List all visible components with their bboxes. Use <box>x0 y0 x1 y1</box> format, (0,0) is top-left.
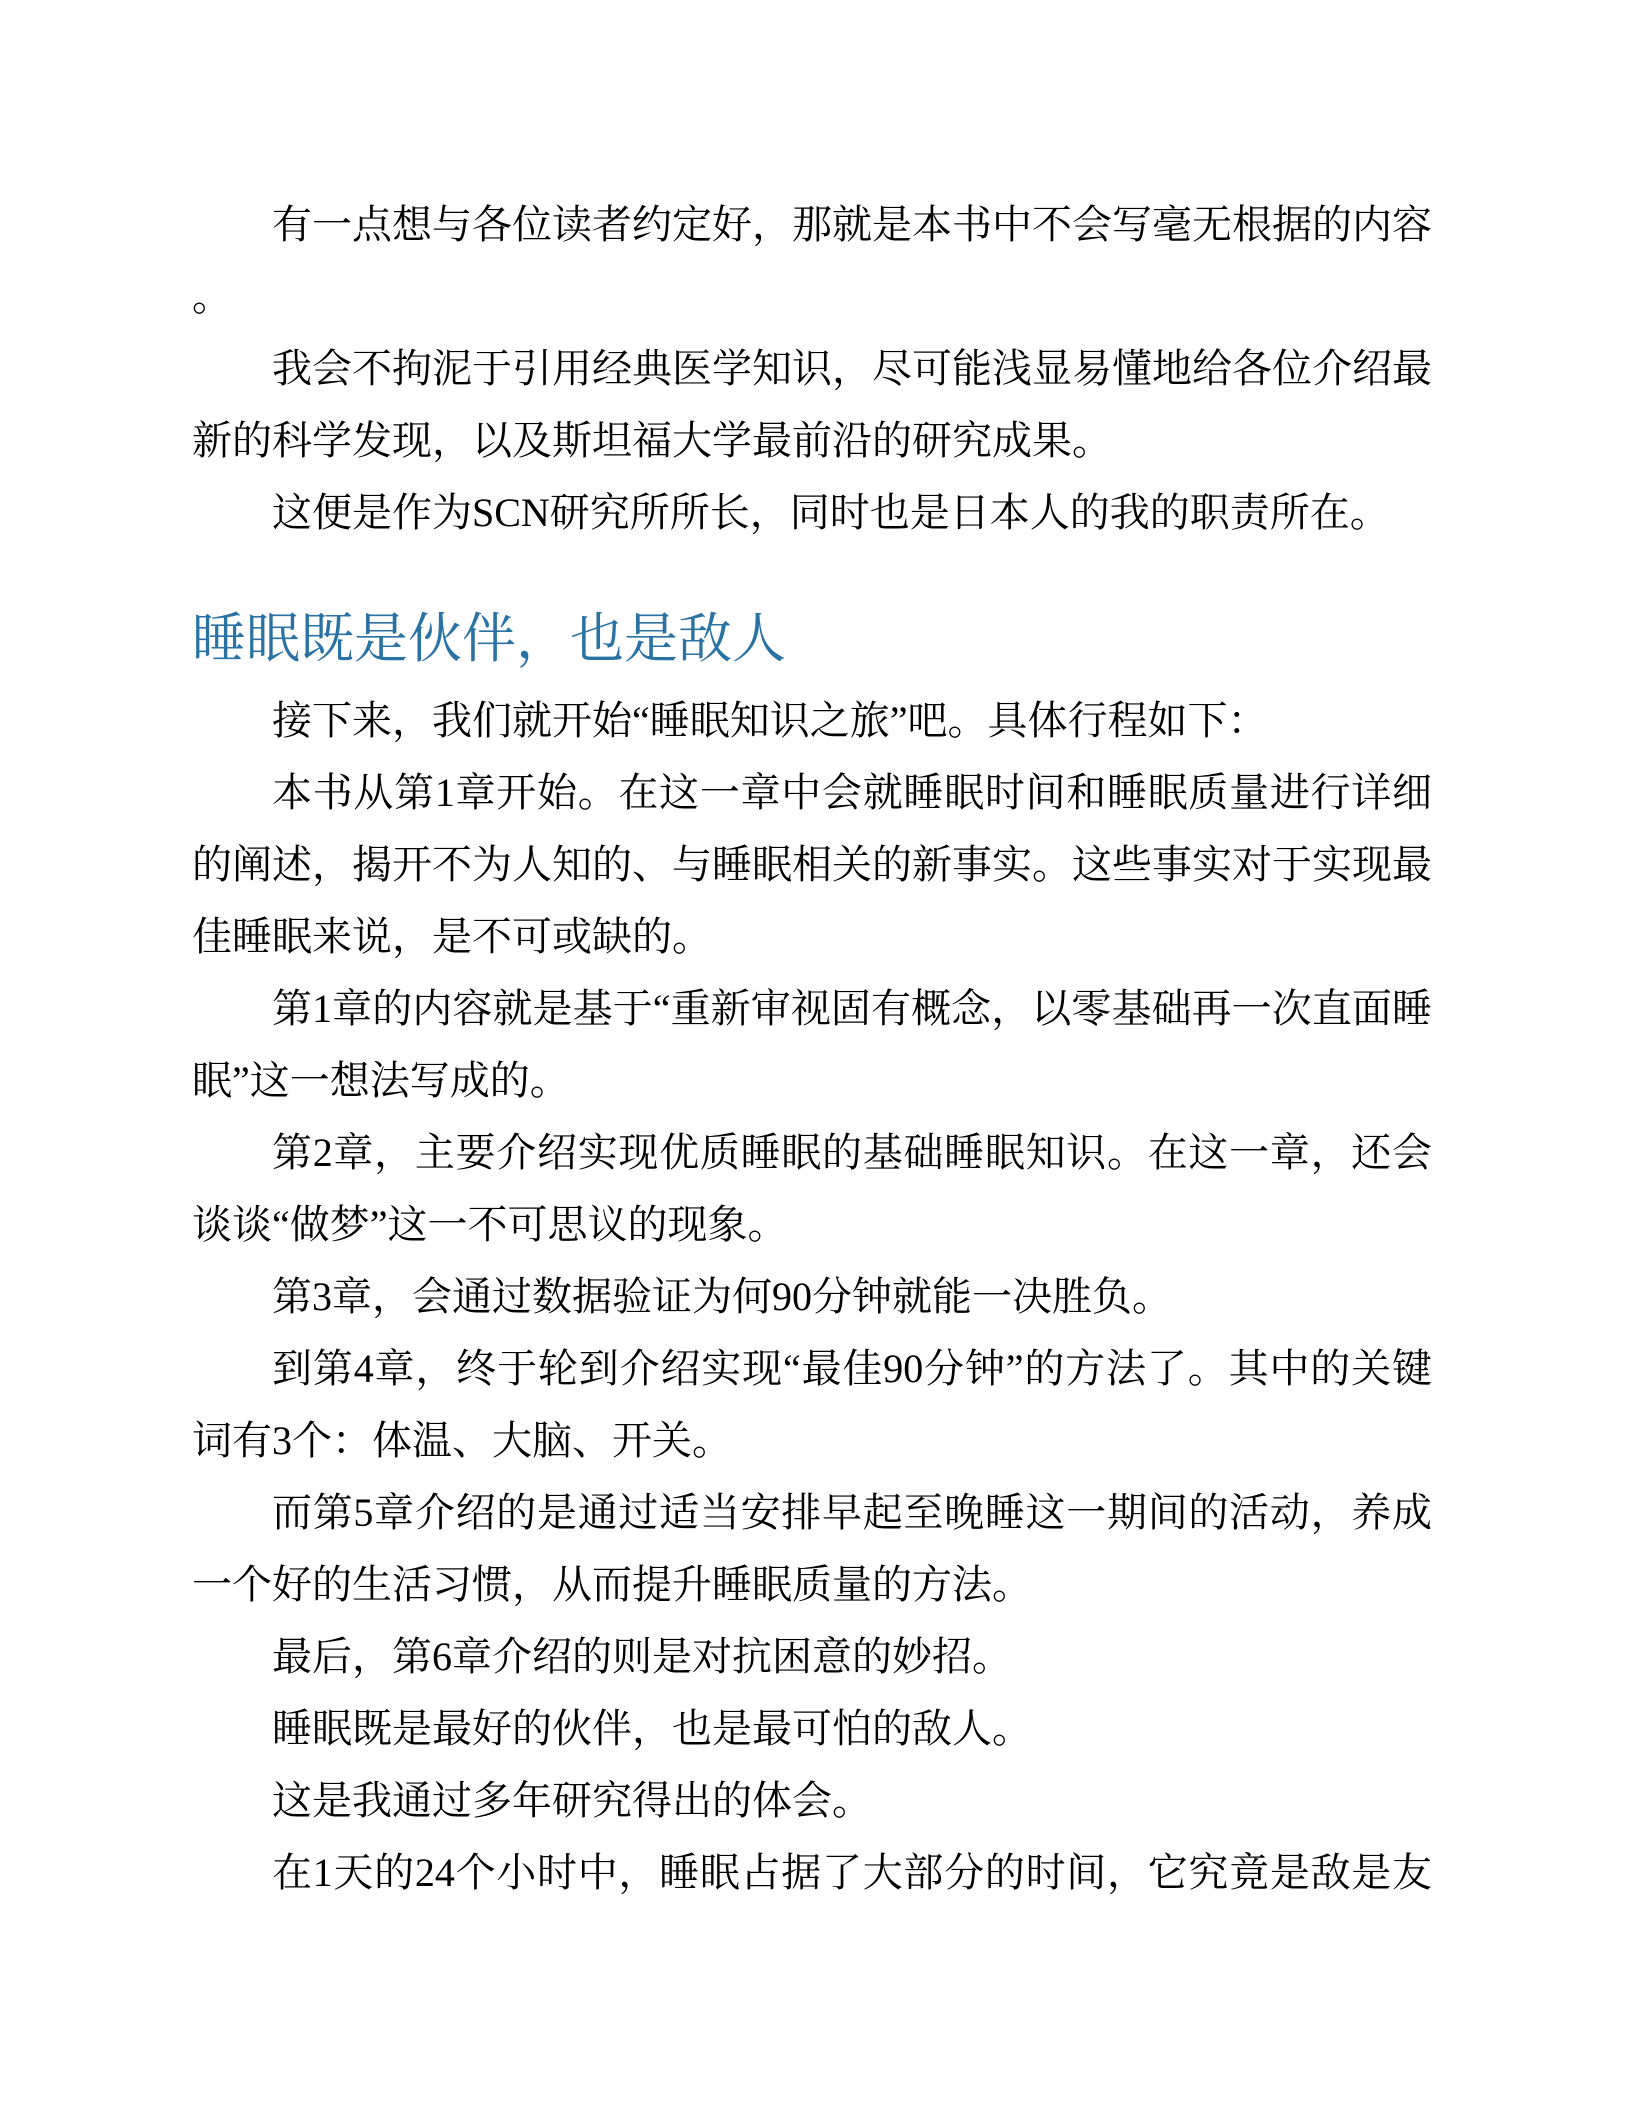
text-line: 到第4章，终于轮到介绍实现“最佳90分钟”的方法了。其中的关键 <box>192 1333 1432 1405</box>
text-line: 眠”这一想法写成的。 <box>192 1045 1432 1117</box>
text-line: 词有3个：体温、大脑、开关。 <box>192 1405 1432 1477</box>
text-line: 。 <box>192 261 1432 333</box>
text-line: 谈谈“做梦”这一不可思议的现象。 <box>192 1189 1432 1261</box>
text-line: 一个好的生活习惯，从而提升睡眠质量的方法。 <box>192 1549 1432 1621</box>
text-line: 接下来，我们就开始“睡眠知识之旅”吧。具体行程如下： <box>192 685 1432 757</box>
text-line: 这是我通过多年研究得出的体会。 <box>192 1765 1432 1837</box>
text-line: 有一点想与各位读者约定好，那就是本书中不会写毫无根据的内容 <box>192 189 1432 261</box>
text-line: 这便是作为SCN研究所所长，同时也是日本人的我的职责所在。 <box>192 477 1432 549</box>
text-line: 我会不拘泥于引用经典医学知识，尽可能浅显易懂地给各位介绍最 <box>192 333 1432 405</box>
page-text: 有一点想与各位读者约定好，那就是本书中不会写毫无根据的内容。我会不拘泥于引用经典… <box>192 189 1432 1909</box>
text-line: 第1章的内容就是基于“重新审视固有概念，以零基础再一次直面睡 <box>192 973 1432 1045</box>
text-line: 而第5章介绍的是通过适当安排早起至晚睡这一期间的活动，养成 <box>192 1477 1432 1549</box>
text-line: 睡眠既是最好的伙伴，也是最可怕的敌人。 <box>192 1693 1432 1765</box>
text-line: 佳睡眠来说，是不可或缺的。 <box>192 901 1432 973</box>
text-line: 新的科学发现，以及斯坦福大学最前沿的研究成果。 <box>192 405 1432 477</box>
text-line: 第2章，主要介绍实现优质睡眠的基础睡眠知识。在这一章，还会 <box>192 1117 1432 1189</box>
section-heading: 睡眠既是伙伴，也是敌人 <box>192 593 1432 685</box>
text-line: 在1天的24个小时中，睡眠占据了大部分的时间，它究竟是敌是友 <box>192 1837 1432 1909</box>
text-line: 最后，第6章介绍的则是对抗困意的妙招。 <box>192 1621 1432 1693</box>
text-line: 的阐述，揭开不为人知的、与睡眠相关的新事实。这些事实对于实现最 <box>192 829 1432 901</box>
text-line: 第3章，会通过数据验证为何90分钟就能一决胜负。 <box>192 1261 1432 1333</box>
text-line: 本书从第1章开始。在这一章中会就睡眠时间和睡眠质量进行详细 <box>192 757 1432 829</box>
ebook-page: { "page": { "background": "#ffffff", "bo… <box>0 0 1632 2112</box>
